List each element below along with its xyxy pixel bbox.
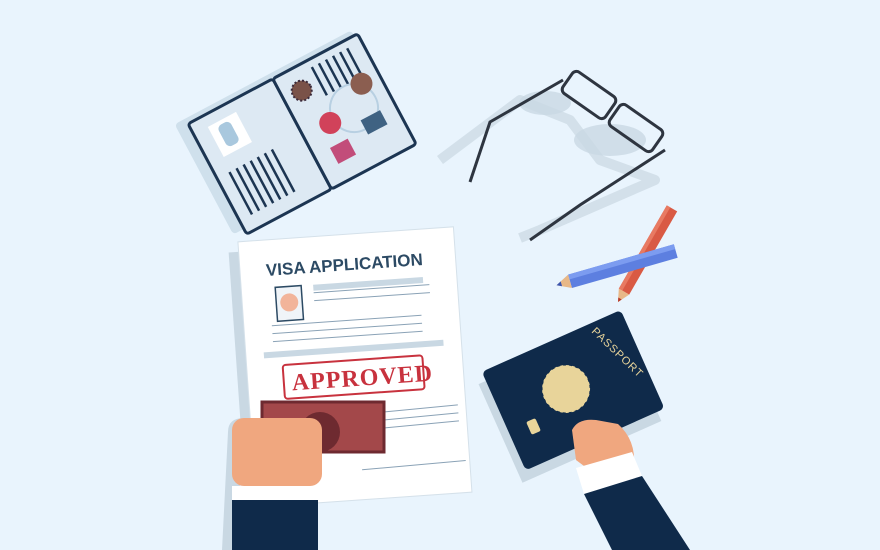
eyeglasses-icon	[440, 69, 665, 240]
hand-holding-passport	[572, 420, 690, 550]
illustration-canvas: VISA APPLICATION APPROVED P	[0, 0, 880, 550]
open-passport-icon	[175, 28, 417, 239]
hand-holding-stamp	[222, 418, 322, 550]
passport-icon: PASSPORT	[474, 310, 668, 483]
